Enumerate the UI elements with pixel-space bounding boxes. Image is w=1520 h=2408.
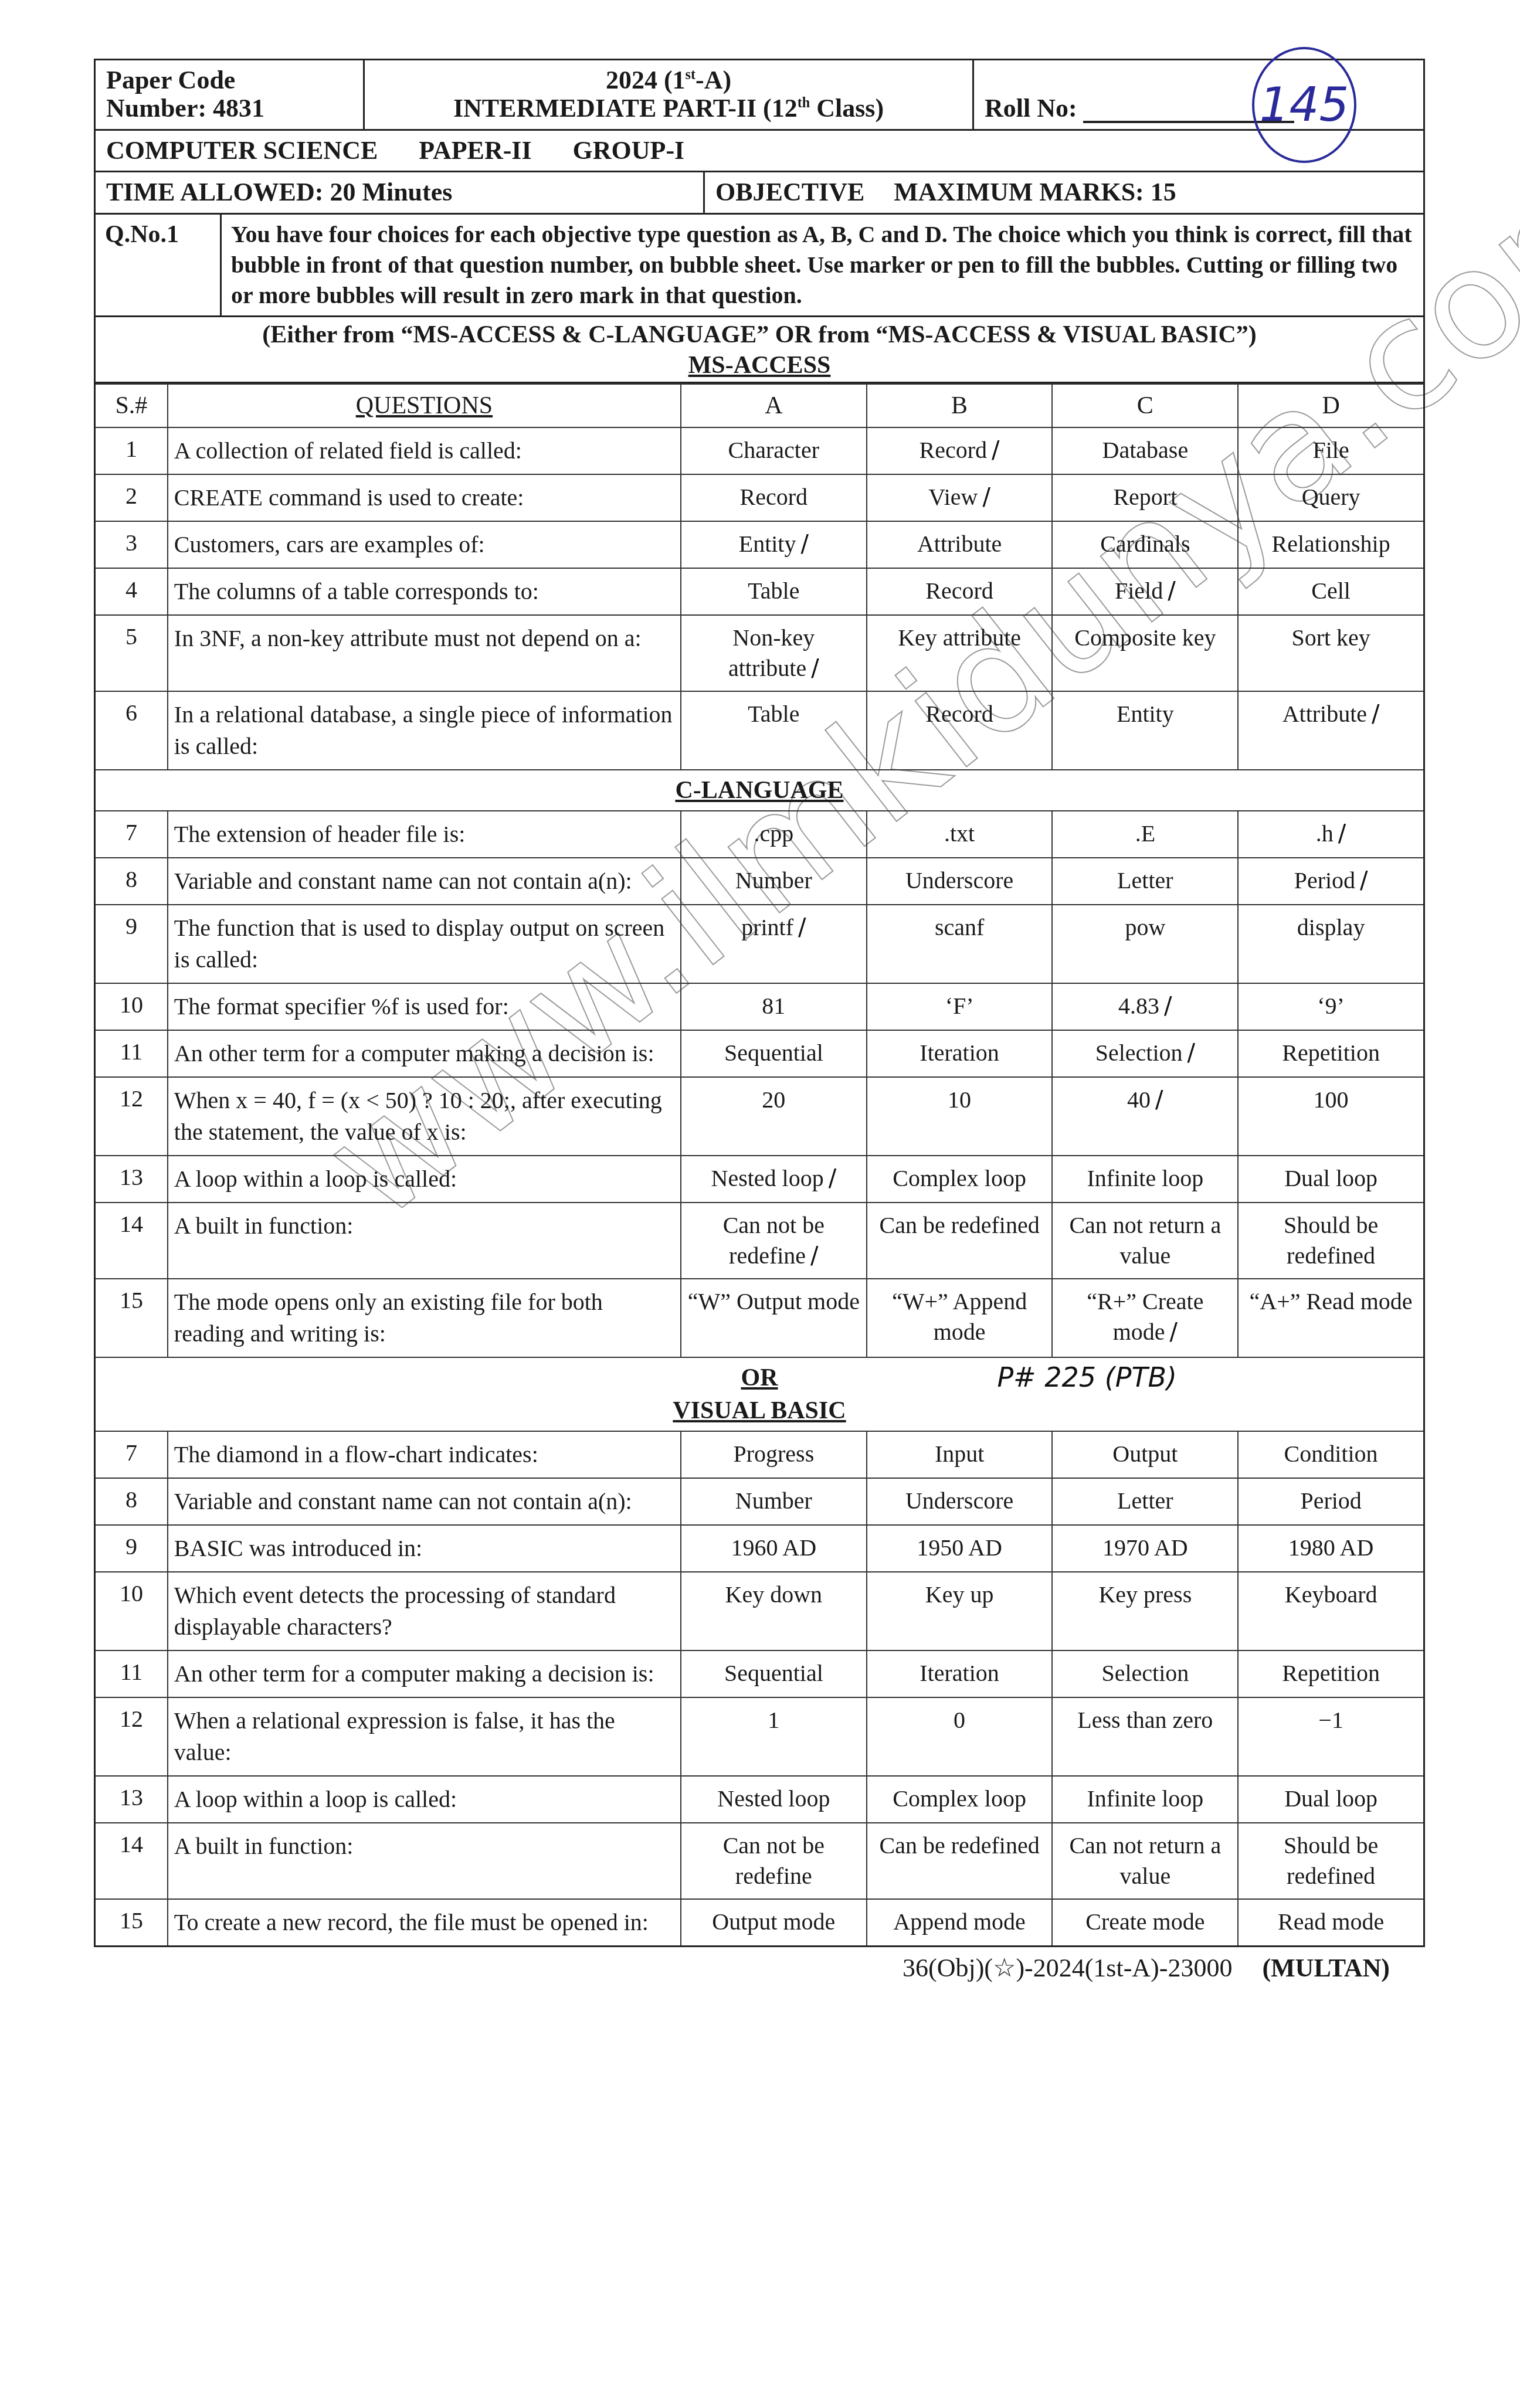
question-row: 11An other term for a computer making a … <box>95 1030 1424 1077</box>
col-b: B <box>867 384 1053 427</box>
option-c: pow <box>1052 905 1238 983</box>
question-text: A collection of related field is called: <box>168 427 681 474</box>
option-a: 81 <box>681 983 867 1030</box>
header-row-1: Paper Code Number: 4831 2024 (1st-A) INT… <box>96 60 1423 131</box>
option-c: 1970 AD <box>1052 1525 1238 1572</box>
question-text: The function that is used to display out… <box>168 905 681 983</box>
answer-tick-icon: / <box>810 1242 818 1269</box>
option-a: 1 <box>681 1697 867 1776</box>
option-d: 100 <box>1238 1077 1424 1156</box>
questions-table: S.# QUESTIONS A B C D 1A collection of r… <box>94 383 1425 1947</box>
option-c: Composite key <box>1052 615 1238 691</box>
question-text: Customers, cars are examples of: <box>168 521 681 568</box>
option-b: “W+” Append mode <box>867 1279 1053 1357</box>
paper-header: Paper Code Number: 4831 2024 (1st-A) INT… <box>94 59 1425 215</box>
option-b: Attribute <box>867 521 1053 568</box>
questions-body: 1A collection of related field is called… <box>95 427 1424 1947</box>
answer-tick-icon: / <box>982 484 990 511</box>
question-row: 15To create a new record, the file must … <box>95 1899 1424 1947</box>
option-a: Can not be redefine <box>681 1823 867 1899</box>
exam-title: 2024 (1st-A) INTERMEDIATE PART-II (12th … <box>363 60 972 129</box>
option-c: Infinite loop <box>1052 1776 1238 1823</box>
option-a: Sequential <box>681 1650 867 1697</box>
question-text: The extension of header file is: <box>168 811 681 858</box>
option-a: Progress <box>681 1431 867 1478</box>
option-a: Non-key attribute/ <box>681 615 867 691</box>
question-number: 13 <box>95 1156 168 1203</box>
option-c: Infinite loop <box>1052 1156 1238 1203</box>
objective-marks: OBJECTIVE MAXIMUM MARKS: 15 <box>703 172 1423 212</box>
question-number: 1 <box>95 427 168 474</box>
option-c: Letter <box>1052 1478 1238 1525</box>
question-text: The diamond in a flow-chart indicates: <box>168 1431 681 1478</box>
header-row-3: TIME ALLOWED: 20 Minutes OBJECTIVE MAXIM… <box>96 172 1423 214</box>
option-b: Can be redefined <box>867 1823 1053 1899</box>
option-c: Less than zero <box>1052 1697 1238 1776</box>
option-d: Period <box>1238 1478 1424 1525</box>
answer-tick-icon: / <box>800 531 808 558</box>
or-label: OR <box>96 1361 1423 1394</box>
option-c: Selection/ <box>1052 1030 1238 1077</box>
question-number: 11 <box>95 1650 168 1697</box>
option-d: Relationship <box>1238 521 1424 568</box>
question-text: A loop within a loop is called: <box>168 1776 681 1823</box>
exam-session: 2024 (1st-A) <box>375 66 962 94</box>
option-a: Output mode <box>681 1899 867 1947</box>
option-a: Nested loop <box>681 1776 867 1823</box>
header-row-2: COMPUTER SCIENCE PAPER-II GROUP-I <box>96 131 1423 172</box>
instructions: Q.No.1 You have four choices for each ob… <box>94 215 1425 317</box>
question-row: 13A loop within a loop is called:Nested … <box>95 1156 1424 1203</box>
col-sn: S.# <box>95 384 168 427</box>
option-c: Selection <box>1052 1650 1238 1697</box>
option-d: display <box>1238 905 1424 983</box>
option-c: Cardinals <box>1052 521 1238 568</box>
option-b: scanf <box>867 905 1053 983</box>
question-row: 5In 3NF, a non-key attribute must not de… <box>95 615 1424 691</box>
answer-tick-icon: / <box>992 437 999 464</box>
question-row: 12When x = 40, f = (x < 50) ? 10 : 20;, … <box>95 1077 1424 1156</box>
option-c: Can not return a value <box>1052 1203 1238 1279</box>
question-row: 7The extension of header file is:.cpp.tx… <box>95 811 1424 858</box>
question-number: 8 <box>95 1478 168 1525</box>
option-c: Can not return a value <box>1052 1823 1238 1899</box>
exam-paper: 145 Paper Code Number: 4831 2024 (1st-A)… <box>94 59 1425 1994</box>
time-allowed: TIME ALLOWED: 20 Minutes <box>96 172 703 212</box>
option-c: Create mode <box>1052 1899 1238 1947</box>
option-b: Key attribute <box>867 615 1053 691</box>
section-title: C-LANGUAGE <box>96 774 1423 807</box>
option-c: “R+” Create mode/ <box>1052 1279 1238 1357</box>
question-row: 14A built in function:Can not be redefin… <box>95 1823 1424 1899</box>
question-row: 10Which event detects the processing of … <box>95 1572 1424 1650</box>
question-row: 3Customers, cars are examples of:Entity/… <box>95 521 1424 568</box>
answer-tick-icon: / <box>829 1165 836 1192</box>
question-text: In 3NF, a non-key attribute must not dep… <box>168 615 681 691</box>
option-d: Sort key <box>1238 615 1424 691</box>
option-b: 0 <box>867 1697 1053 1776</box>
question-text: BASIC was introduced in: <box>168 1525 681 1572</box>
option-a: Character <box>681 427 867 474</box>
col-questions: QUESTIONS <box>168 384 681 427</box>
option-a: Key down <box>681 1572 867 1650</box>
question-row: 2CREATE command is used to create:Record… <box>95 474 1424 521</box>
answer-tick-icon: / <box>1338 820 1346 847</box>
option-a: Entity/ <box>681 521 867 568</box>
option-a: Number <box>681 858 867 905</box>
instructions-text: You have four choices for each objective… <box>222 215 1423 315</box>
option-a: “W” Output mode <box>681 1279 867 1357</box>
option-a: Table <box>681 691 867 770</box>
question-row: 9The function that is used to display ou… <box>95 905 1424 983</box>
question-row: 14A built in function:Can not be redefin… <box>95 1203 1424 1279</box>
question-row: 8Variable and constant name can not cont… <box>95 858 1424 905</box>
answer-tick-icon: / <box>811 655 819 682</box>
answer-tick-icon: / <box>1372 701 1379 728</box>
question-text: An other term for a computer making a de… <box>168 1030 681 1077</box>
question-number: 10 <box>95 983 168 1030</box>
option-d: −1 <box>1238 1697 1424 1776</box>
question-number: 12 <box>95 1077 168 1156</box>
option-b: Input <box>867 1431 1053 1478</box>
answer-tick-icon: / <box>798 914 806 941</box>
paper-type: OBJECTIVE <box>715 178 864 206</box>
question-row: 13A loop within a loop is called:Nested … <box>95 1776 1424 1823</box>
question-number: 5 <box>95 615 168 691</box>
option-d: Cell <box>1238 568 1424 615</box>
question-row: 9BASIC was introduced in:1960 AD1950 AD1… <box>95 1525 1424 1572</box>
question-row: 12When a relational expression is false,… <box>95 1697 1424 1776</box>
page-reference-annotation: P# 225 (PTB) <box>997 1361 1177 1393</box>
option-a: printf/ <box>681 905 867 983</box>
max-marks: MAXIMUM MARKS: 15 <box>894 178 1176 206</box>
question-number-label: Q.No.1 <box>96 215 222 315</box>
question-text: To create a new record, the file must be… <box>168 1899 681 1947</box>
question-number: 12 <box>95 1697 168 1776</box>
either-text: (Either from “MS-ACCESS & C-LANGUAGE” OR… <box>96 321 1423 349</box>
question-text: When x = 40, f = (x < 50) ? 10 : 20;, af… <box>168 1077 681 1156</box>
question-number: 14 <box>95 1203 168 1279</box>
question-row: 4The columns of a table corresponds to:T… <box>95 568 1424 615</box>
answer-tick-icon: / <box>1170 1319 1178 1346</box>
option-d: Query <box>1238 474 1424 521</box>
option-d: .h/ <box>1238 811 1424 858</box>
option-d: 1980 AD <box>1238 1525 1424 1572</box>
answer-tick-icon: / <box>1360 867 1368 894</box>
option-c: Field/ <box>1052 568 1238 615</box>
option-c: 4.83/ <box>1052 983 1238 1030</box>
col-c: C <box>1052 384 1238 427</box>
option-b: Append mode <box>867 1899 1053 1947</box>
option-d: Repetition <box>1238 1650 1424 1697</box>
question-text: An other term for a computer making a de… <box>168 1650 681 1697</box>
option-d: Read mode <box>1238 1899 1424 1947</box>
subject: COMPUTER SCIENCE <box>106 137 378 165</box>
question-row: 8Variable and constant name can not cont… <box>95 1478 1424 1525</box>
option-b: Record <box>867 568 1053 615</box>
option-d: Dual loop <box>1238 1776 1424 1823</box>
question-number: 9 <box>95 1525 168 1572</box>
question-row: 1A collection of related field is called… <box>95 427 1424 474</box>
option-d: Condition <box>1238 1431 1424 1478</box>
option-b: ‘F’ <box>867 983 1053 1030</box>
option-b: Record/ <box>867 427 1053 474</box>
question-text: In a relational database, a single piece… <box>168 691 681 770</box>
question-row: 10The format specifier %f is used for:81… <box>95 983 1424 1030</box>
section-header-row: ORP# 225 (PTB)VISUAL BASIC <box>95 1357 1424 1431</box>
option-b: Iteration <box>867 1650 1053 1697</box>
option-d: Should be redefined <box>1238 1823 1424 1899</box>
col-d: D <box>1238 384 1424 427</box>
option-b: .txt <box>867 811 1053 858</box>
paper-code-label: Paper Code <box>106 66 352 94</box>
question-number: 8 <box>95 858 168 905</box>
paper-number: PAPER-II <box>419 137 531 165</box>
option-c: Output <box>1052 1431 1238 1478</box>
footer-code: 36(Obj)(☆)-2024(1st-A)-23000 <box>903 1954 1232 1982</box>
question-number: 14 <box>95 1823 168 1899</box>
question-number: 15 <box>95 1279 168 1357</box>
question-text: CREATE command is used to create: <box>168 474 681 521</box>
question-number: 3 <box>95 521 168 568</box>
question-text: The format specifier %f is used for: <box>168 983 681 1030</box>
option-d: Keyboard <box>1238 1572 1424 1650</box>
option-d: Dual loop <box>1238 1156 1424 1203</box>
question-number: 15 <box>95 1899 168 1947</box>
paper-code-number: Number: 4831 <box>106 94 352 123</box>
option-b: Underscore <box>867 858 1053 905</box>
question-text: Variable and constant name can not conta… <box>168 858 681 905</box>
option-c: Letter <box>1052 858 1238 905</box>
col-a: A <box>681 384 867 427</box>
option-d: Period/ <box>1238 858 1424 905</box>
option-a: Can not be redefine/ <box>681 1203 867 1279</box>
question-text: A built in function: <box>168 1823 681 1899</box>
question-text: When a relational expression is false, i… <box>168 1697 681 1776</box>
question-text: A loop within a loop is called: <box>168 1156 681 1203</box>
question-number: 7 <box>95 811 168 858</box>
option-c: Key press <box>1052 1572 1238 1650</box>
question-number: 9 <box>95 905 168 983</box>
footer-region: (MULTAN) <box>1262 1954 1390 1982</box>
question-number: 13 <box>95 1776 168 1823</box>
answer-tick-icon: / <box>1187 1040 1195 1067</box>
question-row: 6In a relational database, a single piec… <box>95 691 1424 770</box>
option-b: View/ <box>867 474 1053 521</box>
option-b: Underscore <box>867 1478 1053 1525</box>
question-number: 2 <box>95 474 168 521</box>
roll-number-handwritten: 145 <box>1252 47 1356 163</box>
option-a: Record <box>681 474 867 521</box>
question-number: 11 <box>95 1030 168 1077</box>
question-text: Variable and constant name can not conta… <box>168 1478 681 1525</box>
option-d: Repetition <box>1238 1030 1424 1077</box>
paper-code: Paper Code Number: 4831 <box>96 60 363 129</box>
option-b: Key up <box>867 1572 1053 1650</box>
either-note: (Either from “MS-ACCESS & C-LANGUAGE” OR… <box>94 317 1425 383</box>
section-header-row: C-LANGUAGE <box>95 770 1424 811</box>
option-b: 10 <box>867 1077 1053 1156</box>
group: GROUP-I <box>573 137 685 165</box>
answer-tick-icon: / <box>1164 993 1172 1020</box>
option-c: Database <box>1052 427 1238 474</box>
option-a: .cpp <box>681 811 867 858</box>
section-title: VISUAL BASIC <box>96 1394 1423 1427</box>
option-a: Number <box>681 1478 867 1525</box>
table-header-row: S.# QUESTIONS A B C D <box>95 384 1424 427</box>
question-text: The mode opens only an existing file for… <box>168 1279 681 1357</box>
exam-level: INTERMEDIATE PART-II (12th Class) <box>375 94 962 123</box>
option-a: Table <box>681 568 867 615</box>
question-number: 7 <box>95 1431 168 1478</box>
question-number: 10 <box>95 1572 168 1650</box>
footer-area: 36(Obj)(☆)-2024(1st-A)-23000 (MULTAN) <box>94 1947 1425 1994</box>
option-b: Iteration <box>867 1030 1053 1077</box>
answer-tick-icon: / <box>1155 1086 1163 1113</box>
option-b: Complex loop <box>867 1776 1053 1823</box>
option-a: Sequential <box>681 1030 867 1077</box>
question-row: 11An other term for a computer making a … <box>95 1650 1424 1697</box>
option-d: Should be redefined <box>1238 1203 1424 1279</box>
option-a: 1960 AD <box>681 1525 867 1572</box>
option-d: “A+” Read mode <box>1238 1279 1424 1357</box>
option-d: ‘9’ <box>1238 983 1424 1030</box>
option-b: Record <box>867 691 1053 770</box>
question-number: 4 <box>95 568 168 615</box>
question-text: Which event detects the processing of st… <box>168 1572 681 1650</box>
question-text: The columns of a table corresponds to: <box>168 568 681 615</box>
option-d: File <box>1238 427 1424 474</box>
subject-line: COMPUTER SCIENCE PAPER-II GROUP-I <box>96 131 1423 171</box>
question-row: 7The diamond in a flow-chart indicates:P… <box>95 1431 1424 1478</box>
footer: 36(Obj)(☆)-2024(1st-A)-23000 (MULTAN) <box>903 1953 1390 1983</box>
option-b: Can be redefined <box>867 1203 1053 1279</box>
option-a: Nested loop/ <box>681 1156 867 1203</box>
option-d: Attribute/ <box>1238 691 1424 770</box>
option-c: .E <box>1052 811 1238 858</box>
answer-tick-icon: / <box>1168 578 1175 604</box>
option-c: 40/ <box>1052 1077 1238 1156</box>
option-c: Entity <box>1052 691 1238 770</box>
roll-no-label: Roll No: <box>985 94 1077 123</box>
option-a: 20 <box>681 1077 867 1156</box>
question-row: 15The mode opens only an existing file f… <box>95 1279 1424 1357</box>
question-text: A built in function: <box>168 1203 681 1279</box>
option-b: 1950 AD <box>867 1525 1053 1572</box>
question-number: 6 <box>95 691 168 770</box>
section-title-ms-access: MS-ACCESS <box>96 349 1423 382</box>
option-c: Report <box>1052 474 1238 521</box>
option-b: Complex loop <box>867 1156 1053 1203</box>
